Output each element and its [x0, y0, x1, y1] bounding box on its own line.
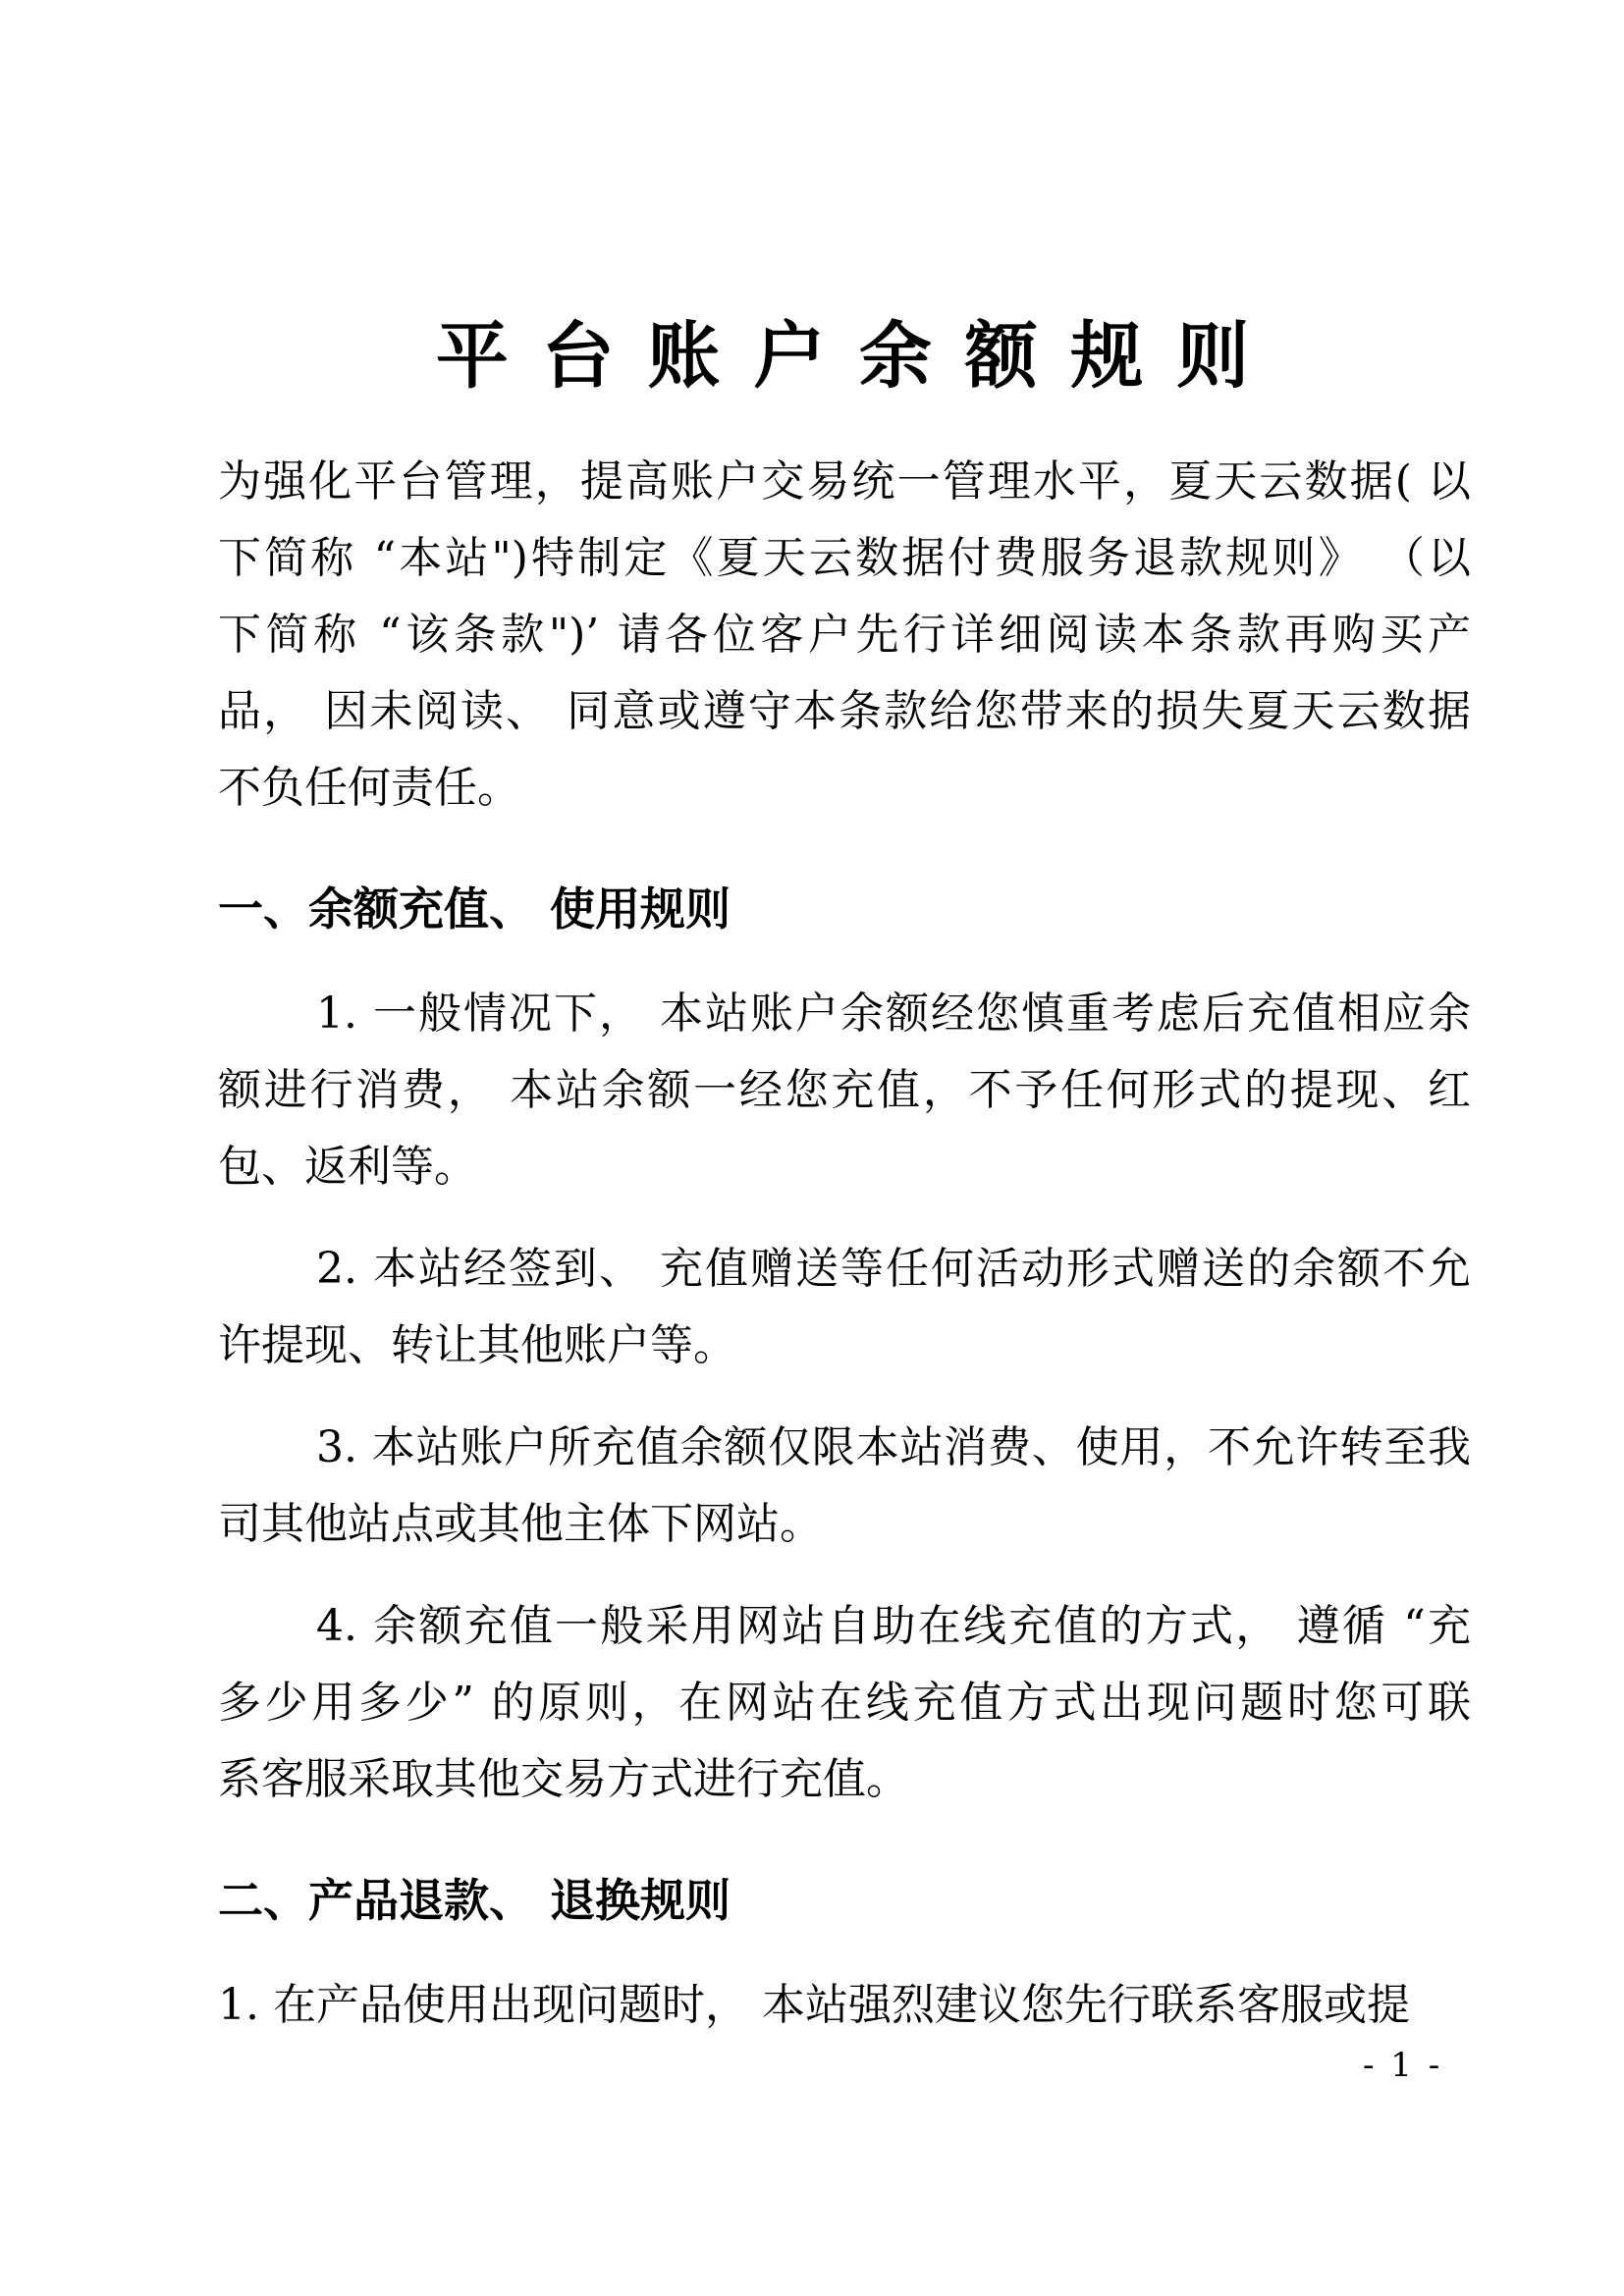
paragraph-line: 系客服采取其他交易方式进行充值。: [218, 1741, 1471, 1818]
paragraph-line: 额进行消费， 本站余额一经您充值，不予任何形式的提现、红: [218, 1052, 1471, 1129]
paragraph-line: 为强化平台管理，提高账户交易统一管理水平，夏天云数据( 以: [218, 444, 1471, 520]
document-page: 平 台 账 户 余 额 规 则 为强化平台管理，提高账户交易统一管理水平，夏天云…: [0, 0, 1624, 2296]
paragraph-line: 多少用多少” 的原则，在网站在线充值方式出现问题时您可联: [218, 1665, 1471, 1741]
paragraph-line: 1. 在产品使用出现问题时， 本站强烈建议您先行联系客服或提: [218, 1967, 1471, 2044]
paragraph-line: 包、返利等。: [218, 1129, 1471, 1205]
paragraph-line: 司其他站点或其他主体下网站。: [218, 1486, 1471, 1563]
paragraph-line: 下简称 “该条款")’ 请各位客户先行详细阅读本条款再购买产: [218, 597, 1471, 673]
paragraph: 2. 本站经签到、 充值赠送等任何活动形式赠送的余额不允许提现、转让其他账户等。: [218, 1231, 1471, 1384]
paragraph: 4. 余额充值一般采用网站自助在线充值的方式， 遵循 “充多少用多少” 的原则，…: [218, 1588, 1471, 1818]
paragraph-line: 品， 因未阅读、 同意或遵守本条款给您带来的损失夏天云数据: [218, 673, 1471, 750]
paragraph-line: 1. 一般情况下， 本站账户余额经您慎重考虑后充值相应余: [218, 976, 1471, 1052]
paragraph-line: 下简称 “本站")特制定《夏天云数据付费服务退款规则》 （以: [218, 520, 1471, 597]
paragraph-line: 4. 余额充值一般采用网站自助在线充值的方式， 遵循 “充: [218, 1588, 1471, 1665]
paragraph: 为强化平台管理，提高账户交易统一管理水平，夏天云数据( 以下简称 “本站")特制…: [218, 444, 1471, 827]
page-number: - 1 -: [1363, 2046, 1442, 2085]
paragraph: 3. 本站账户所充值余额仅限本站消费、使用，不允许转至我司其他站点或其他主体下网…: [218, 1410, 1471, 1563]
paragraph-line: 许提现、转让其他账户等。: [218, 1308, 1471, 1384]
document-body: 为强化平台管理，提高账户交易统一管理水平，夏天云数据( 以下简称 “本站")特制…: [218, 444, 1471, 2044]
paragraph-line: 不负任何责任。: [218, 750, 1471, 827]
section-heading: 一、余额充值、 使用规则: [218, 870, 1471, 948]
section-heading: 二、产品退款、 退换规则: [218, 1861, 1471, 1940]
paragraph: 1. 一般情况下， 本站账户余额经您慎重考虑后充值相应余额进行消费， 本站余额一…: [218, 976, 1471, 1205]
page-title: 平 台 账 户 余 额 规 则: [218, 302, 1471, 410]
paragraph-line: 2. 本站经签到、 充值赠送等任何活动形式赠送的余额不允: [218, 1231, 1471, 1308]
paragraph: 1. 在产品使用出现问题时， 本站强烈建议您先行联系客服或提: [218, 1967, 1471, 2044]
paragraph-line: 3. 本站账户所充值余额仅限本站消费、使用，不允许转至我: [218, 1410, 1471, 1486]
